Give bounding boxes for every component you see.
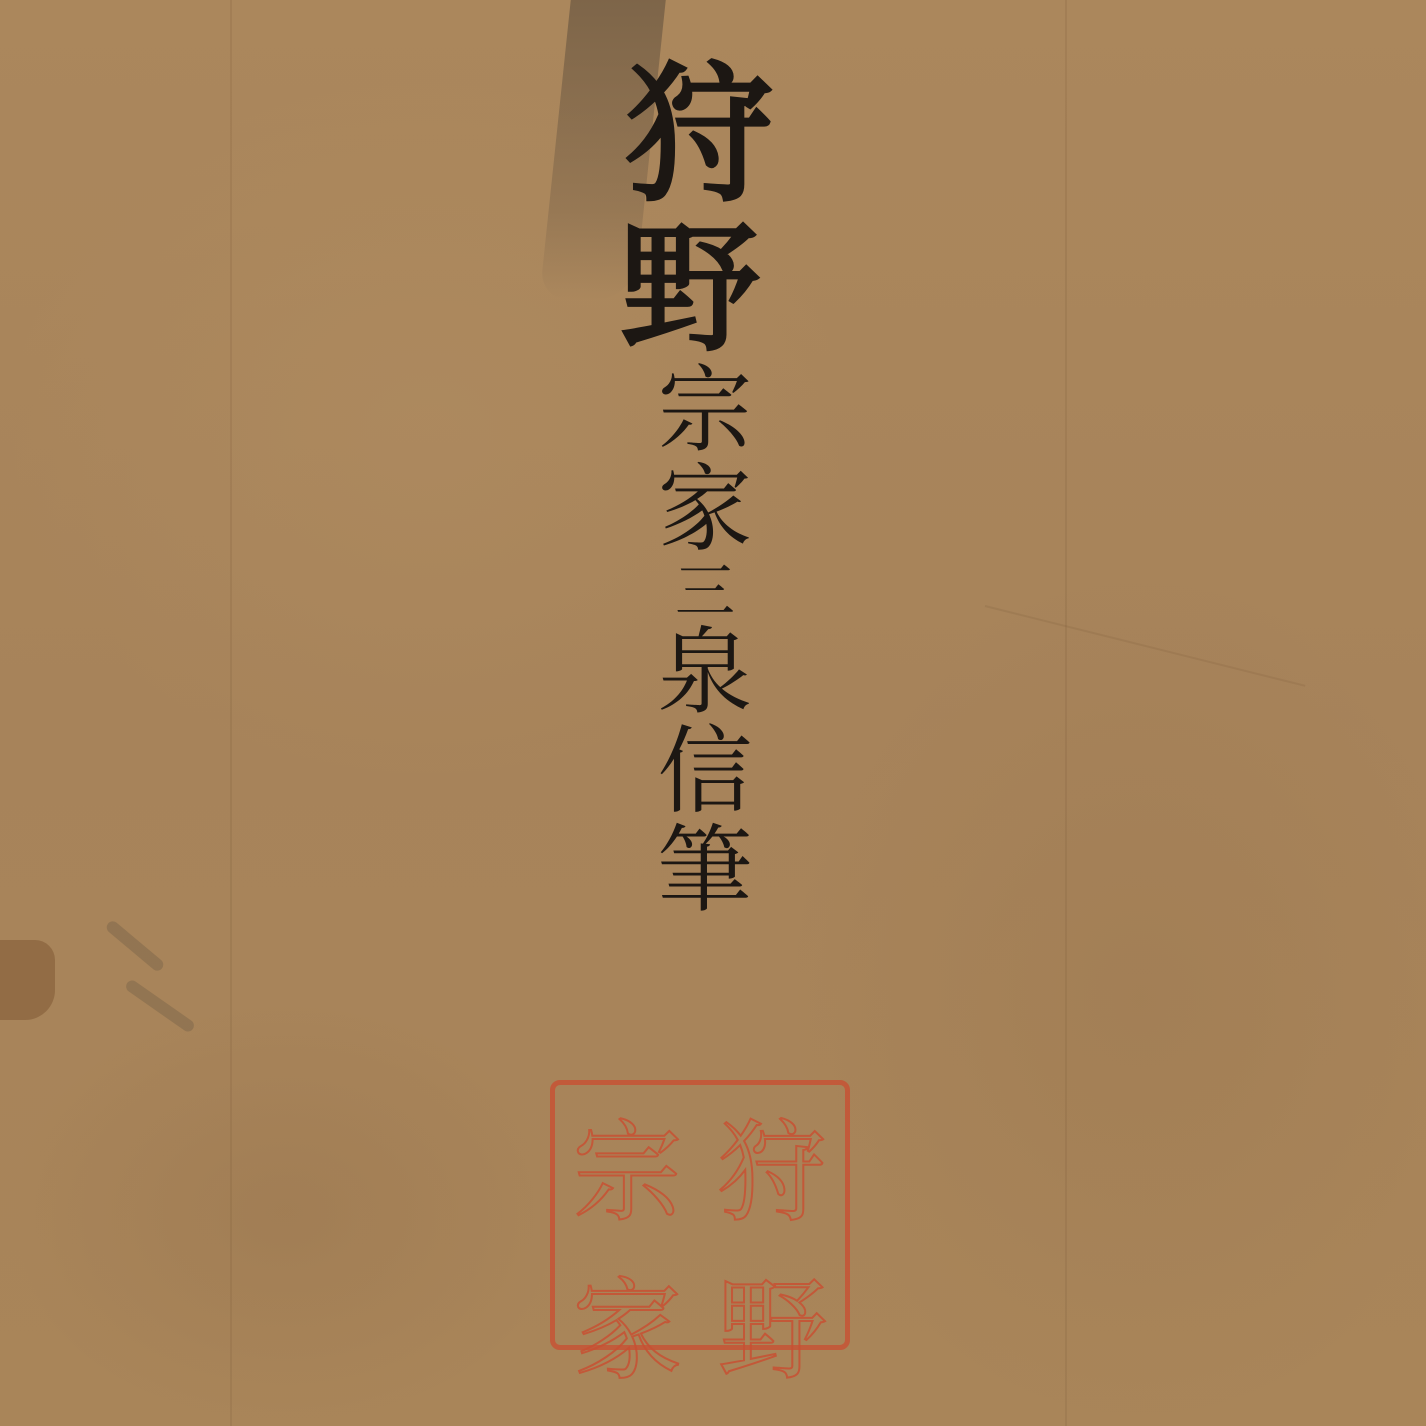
paper-stain [0,940,55,1020]
signature-char: 野 [620,220,760,360]
signature-char: 三 [675,562,735,622]
signature-char: 筆 [657,824,752,919]
seal-char: 家 [573,1243,683,1401]
seal-char: 野 [718,1243,828,1401]
artist-signature: 狩 野 宗 家 三 泉 信 筆 [590,60,790,919]
signature-char: 家 [657,463,752,558]
signature-char: 泉 [657,626,752,721]
paper-crease [1065,0,1067,1426]
red-seal: 宗 家 狩 野 [550,1080,850,1350]
signature-char: 信 [657,725,752,820]
seal-char: 宗 [573,1085,683,1243]
signature-char: 狩 [625,60,775,210]
paper-crease [230,0,232,1426]
seal-column-right: 狩 野 [700,1085,845,1345]
signature-char: 宗 [657,364,752,459]
seal-column-left: 宗 家 [555,1085,700,1345]
seal-char: 狩 [718,1085,828,1243]
